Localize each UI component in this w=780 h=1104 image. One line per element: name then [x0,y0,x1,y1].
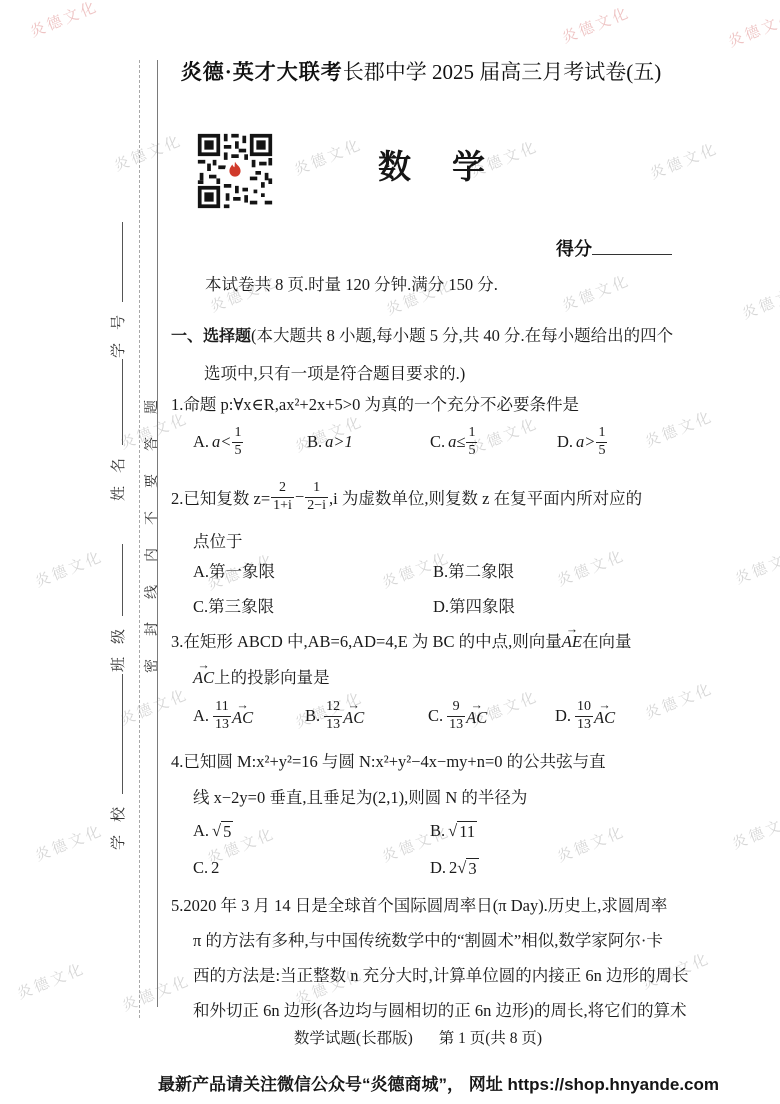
option-value: a< [212,432,231,452]
fraction-denominator: 2−i [305,497,328,514]
option-label: B. [430,821,445,841]
q3-stem-line2: AC上的投影向量是 [193,664,330,688]
q4-option-c: C.2 [193,855,219,881]
fraction-denominator: 13 [447,716,465,733]
q1-option-d: D.a>15 [557,421,608,463]
option-label: C. [430,432,445,452]
option-label: A. [193,821,209,841]
watermark-text: 炎德文化 [32,545,107,591]
student-name-blank [108,359,123,445]
watermark-text: 炎德文化 [739,277,780,323]
vector-ae: AE [562,632,582,652]
option-label: C. [193,858,208,878]
class-blank [108,544,123,616]
seal-dashed-line [139,60,140,1018]
class-field: 班级 [107,544,128,672]
option-label: A. [193,432,209,452]
section-heading-rest: (本大题共 8 小题,每小题 5 分,共 40 分.在每小题给出的四个 [251,326,673,345]
q3-option-d: D.1013AC [555,694,615,738]
promo-line: 最新产品请关注微信公众号“炎德商城”， 网址 https://shop.hnya… [158,1070,719,1095]
q4-option-b: B.√11 [430,818,477,844]
q4-option-d: D.2√3 [430,855,479,881]
fraction-denominator: 13 [575,716,593,733]
watermark-text: 炎德文化 [725,5,780,51]
section-heading-line2: 选项中,只有一项是符合题目要求的.) [204,360,465,384]
q3-stem-line2-text: 上的投影向量是 [214,668,330,687]
option-label: D. [557,432,573,452]
student-name-label: 姓名 [111,445,127,501]
score-box: 得分 [556,235,672,261]
radicand: 11 [457,821,477,842]
page-footer: 数学试题(长郡版)第 1 页(共 8 页) [158,1026,678,1048]
watermark-text: 炎德文化 [32,819,107,865]
q4-option-a: A.√5 [193,818,233,844]
watermark-text: 炎德文化 [111,129,186,175]
fraction-numerator: 1 [596,425,607,441]
fraction-numerator: 1 [311,480,322,496]
option-value: a> [576,432,595,452]
q1-option-a: A.a<15 [193,421,244,463]
q3-option-c: C.913AC [428,694,487,738]
section-heading: 一、选择题(本大题共 8 小题,每小题 5 分,共 40 分.在每小题给出的四个 [171,322,673,346]
exam-paper-page: 炎德文化炎德文化炎德文化炎德文化炎德文化炎德文化炎德文化炎德文化炎德文化炎德文化… [0,0,780,1104]
fraction-denominator: 5 [596,442,607,459]
fraction-numerator: 11 [213,699,230,715]
question-5-line4: 和外切正 6n 边形(各边均与圆相切的正 6n 边形)的周长,将它们的算术 [193,997,687,1021]
school-label: 学校 [111,794,127,850]
q1-option-c: C.a≤15 [430,421,478,463]
vector-ac: AC [343,708,364,728]
option-label: B. [305,706,320,726]
footer-paper-name: 数学试题(长郡版) [294,1030,413,1047]
seal-line-text: 密封线内不要答题 [141,377,161,673]
watermark-text: 炎德文化 [559,1,634,47]
q2-stem-line2: 点位于 [193,528,243,552]
q3-option-b: B.1213AC [305,694,364,738]
q3-option-a: A.1113AC [193,694,253,738]
watermark-text: 炎德文化 [559,269,634,315]
watermark-text: 炎德文化 [642,405,717,451]
question-5-line2: π 的方法有多种,与中国传统数学中的“割圆术”相似,数学家阿尔·卡 [193,927,663,951]
fraction-denominator: 13 [213,716,231,733]
question-2-stem: 2.已知复数 z=21+i−12−i,i 为虚数单位,则复数 z 在复平面内所对… [171,474,642,520]
fraction-denominator: 13 [324,716,342,733]
student-id-label: 学号 [111,302,127,358]
vector-ac: AC [232,708,253,728]
q2-stem-post: ,i 为虚数单位,则复数 z 在复平面内所对应的 [329,485,642,509]
q2-stem-pre: 2.已知复数 z= [171,485,270,509]
watermark-text: 炎德文化 [642,677,717,723]
score-label: 得分 [556,239,592,259]
fraction-numerator: 1 [232,425,243,441]
footer-page-number: 第 1 页(共 8 页) [439,1030,542,1047]
question-1-stem: 1.命题 p:∀x∈R,ax²+2x+5>0 为真的一个充分不必要条件是 [171,391,579,415]
watermark-text: 炎德文化 [554,820,629,866]
student-name-field: 姓名 [107,359,128,501]
watermark-text: 炎德文化 [14,957,89,1003]
school-blank [108,674,123,794]
subject-title: 数 学 [378,141,489,188]
watermark-text: 炎德文化 [729,807,780,853]
fraction-denominator: 1+i [271,497,294,514]
q2-option-c: C.第三象限 [193,593,274,617]
option-label: D. [555,706,571,726]
option-value: a>1 [325,432,353,452]
q4-stem-line2: 线 x−2y=0 垂直,且垂足为(2,1),则圆 N 的半径为 [193,784,527,808]
watermark-text: 炎德文化 [291,133,366,179]
watermark-text: 炎德文化 [647,137,722,183]
option-label: D. [430,858,446,878]
q2-option-b: B.第二象限 [433,558,514,582]
q2-option-d: D.第四象限 [433,593,515,617]
fraction-numerator: 2 [277,480,288,496]
watermark-text: 炎德文化 [732,542,780,588]
q3-stem-post: 在向量 [582,632,632,651]
question-4-stem: 4.已知圆 M:x²+y²=16 与圆 N:x²+y²−4x−my+n=0 的公… [171,748,606,772]
question-5-line1: 5.2020 年 3 月 14 日是全球首个国际圆周率日(π Day).历史上,… [171,892,667,916]
q2-stem-minus: − [295,487,304,507]
fraction-numerator: 1 [466,425,477,441]
brand-name: 炎德·英才大联考 [181,60,343,84]
question-3-stem: 3.在矩形 ABCD 中,AB=6,AD=4,E 为 BC 的中点,则向量AE在… [171,628,631,652]
vector-ac: AC [193,668,214,688]
option-value: 2 [449,858,457,878]
question-5-line3: 西的方法是:当正整数 n 充分大时,计算单位圆的内接正 6n 边形的周长 [193,962,688,986]
watermark-text: 炎德文化 [27,0,102,42]
option-label: A. [193,706,209,726]
option-value: a≤ [448,432,465,452]
fraction-numerator: 10 [575,699,593,715]
radicand: 3 [466,858,478,879]
class-label: 班级 [111,616,127,672]
fraction-numerator: 12 [324,699,342,715]
paper-title: 炎德·英才大联考长郡中学 2025 届高三月考试卷(五) [168,56,674,86]
q3-stem-pre: 3.在矩形 ABCD 中,AB=6,AD=4,E 为 BC 的中点,则向量 [171,632,562,651]
radicand: 5 [221,821,233,842]
vector-ac: AC [594,708,615,728]
student-id-blank [108,222,123,302]
fraction-denominator: 5 [232,442,243,459]
student-id-field: 学号 [107,222,128,358]
paper-title-rest: 长郡中学 2025 届高三月考试卷(五) [343,60,662,84]
watermark-text: 炎德文化 [119,969,194,1015]
option-label: B. [307,432,322,452]
watermark-text: 炎德文化 [554,544,629,590]
fraction-denominator: 5 [466,442,477,459]
vector-ac: AC [466,708,487,728]
q1-option-b: B.a>1 [307,421,353,463]
paper-info: 本试卷共 8 页.时量 120 分钟.满分 150 分. [205,271,498,295]
option-label: C. [428,706,443,726]
score-blank-line [592,237,672,255]
q2-option-a: A.第一象限 [193,558,275,582]
qr-code [196,132,274,210]
school-field: 学校 [107,674,128,850]
section-heading-bold: 一、选择题 [171,328,251,345]
fraction-numerator: 9 [451,699,462,715]
option-value: 2 [211,858,219,878]
